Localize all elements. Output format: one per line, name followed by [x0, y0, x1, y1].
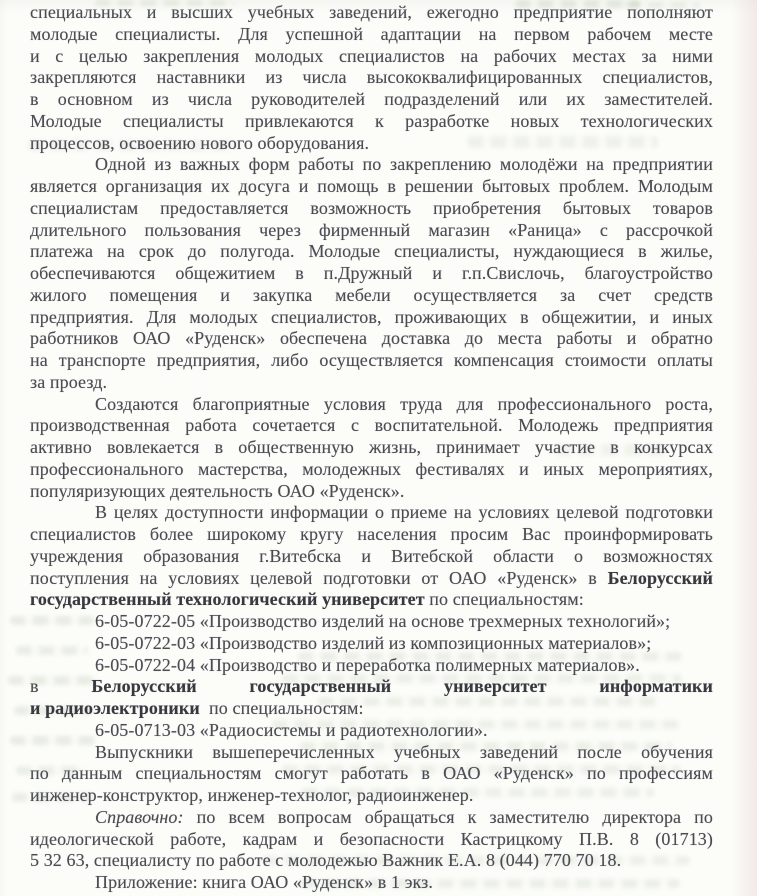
text-line: является организация их досуга и помощь … — [30, 176, 713, 198]
text-line: молодые специалисты. Для успешной адапта… — [30, 24, 713, 46]
text-line: платежа на срок до полугода. Молодые спе… — [30, 241, 713, 263]
text-line: активно вовлекается в общественную жизнь… — [30, 437, 713, 459]
text-line: жилого помещения и закупка мебели осущес… — [30, 285, 713, 307]
text-segment: обеспечиваются общежитием в п.Дружный и … — [30, 263, 713, 283]
document-body: специальных и высших учебных заведений, … — [30, 2, 713, 894]
text-line: специалистам предоставляется возможность… — [30, 198, 713, 220]
text-segment: идеологической работе, кадрам и безопасн… — [30, 829, 713, 849]
text-line: государственный технологический универси… — [30, 589, 713, 611]
text-line: на транспорте предприятия, либо осуществ… — [30, 350, 713, 372]
text-line: 6-05-0722-03 «Производство изделий из ко… — [30, 633, 713, 655]
text-line: Справочно: по всем вопросам обращаться к… — [30, 807, 713, 829]
text-segment: Выпускники вышеперечисленных учебных зав… — [95, 742, 713, 762]
text-segment: на транспорте предприятия, либо осуществ… — [30, 350, 713, 370]
text-line: в основном из числа руководителей подраз… — [30, 89, 713, 111]
text-segment: специальных и высших учебных заведений, … — [30, 2, 713, 22]
text-segment: Приложение: книга ОАО «Руденск» в 1 экз. — [95, 872, 433, 892]
text-line: поступления на условиях целевой подготов… — [30, 568, 713, 590]
text-segment: в — [30, 676, 91, 696]
text-line: 6-05-0722-05 «Производство изделий на ос… — [30, 611, 713, 633]
text-segment: по всем вопросам обращаться к заместител… — [184, 807, 713, 827]
text-segment: специалистам предоставляется возможность… — [30, 198, 713, 218]
text-segment: Молодые специалисты привлекаются к разра… — [30, 111, 713, 131]
text-line: В целях доступности информации о приеме … — [30, 502, 713, 524]
text-segment: платежа на срок до полугода. Молодые спе… — [30, 241, 713, 261]
text-line: 6-05-0722-04 «Производство и переработка… — [30, 655, 713, 677]
bold-text-segment: Белорусский — [608, 568, 713, 588]
text-segment: по специальностям: — [200, 698, 364, 718]
text-line: специальных и высших учебных заведений, … — [30, 2, 713, 24]
text-segment: 6-05-0722-03 «Производство изделий из ко… — [95, 633, 651, 653]
text-segment: по данным специальностям смогут работать… — [30, 763, 713, 783]
text-line: за проезд. — [30, 372, 713, 394]
text-segment: жилого помещения и закупка мебели осущес… — [30, 285, 713, 305]
text-line: в Белорусский государственный университе… — [30, 676, 713, 698]
text-segment: производственная работа сочетается с вос… — [30, 415, 713, 435]
text-line: инженер-конструктор, инженер-технолог, р… — [30, 785, 713, 807]
text-line: Создаются благоприятные условия труда дл… — [30, 394, 713, 416]
italic-text-segment: Справочно: — [95, 807, 184, 827]
text-segment: закрепляются наставники из числа высокок… — [30, 67, 713, 87]
text-line: 5 32 63, специалисту по работе с молодеж… — [30, 850, 713, 872]
text-segment: В целях доступности информации о приеме … — [95, 502, 713, 522]
text-segment: поступления на условиях целевой подготов… — [30, 568, 608, 588]
text-line: по данным специальностям смогут работать… — [30, 763, 713, 785]
bold-text-segment: и радиоэлектроники — [30, 698, 200, 718]
text-line: обеспечиваются общежитием в п.Дружный и … — [30, 263, 713, 285]
text-segment: активно вовлекается в общественную жизнь… — [30, 437, 713, 457]
text-line: учреждения образования г.Витебска и Вите… — [30, 546, 713, 568]
text-line: работников ОАО «Руденск» обеспечена дост… — [30, 328, 713, 350]
scanned-document-page: специальных и высших учебных заведений, … — [0, 0, 757, 896]
text-segment: молодые специалисты. Для успешной адапта… — [30, 24, 713, 44]
bold-text-segment: государственный технологический универси… — [30, 589, 425, 609]
text-segment: специалистов более широкому кругу населе… — [30, 524, 713, 544]
text-line: процессов, освоению нового оборудования. — [30, 133, 713, 155]
text-line: популяризующих деятельность ОАО «Руденск… — [30, 481, 713, 503]
text-segment: предприятия. Для молодых специалистов, п… — [30, 307, 713, 327]
text-segment: Создаются благоприятные условия труда дл… — [95, 394, 713, 414]
text-segment: в основном из числа руководителей подраз… — [30, 89, 713, 109]
text-line: Выпускники вышеперечисленных учебных зав… — [30, 742, 713, 764]
text-line: 6-05-0713-03 «Радиосистемы и радиотехнол… — [30, 720, 713, 742]
text-line: идеологической работе, кадрам и безопасн… — [30, 829, 713, 851]
text-segment: работников ОАО «Руденск» обеспечена дост… — [30, 328, 713, 348]
text-line: предприятия. Для молодых специалистов, п… — [30, 307, 713, 329]
text-segment: учреждения образования г.Витебска и Вите… — [30, 546, 713, 566]
text-segment: 5 32 63, специалисту по работе с молодеж… — [30, 850, 621, 870]
text-segment: является организация их досуга и помощь … — [30, 176, 713, 196]
text-segment: по специальностям: — [425, 589, 584, 609]
text-line: профессионального мастерства, молодежных… — [30, 459, 713, 481]
text-line: Приложение: книга ОАО «Руденск» в 1 экз. — [30, 872, 713, 894]
text-segment: процессов, освоению нового оборудования. — [30, 133, 369, 153]
text-segment: длительного пользования через фирменный … — [30, 220, 713, 240]
text-line: длительного пользования через фирменный … — [30, 220, 713, 242]
text-segment: профессионального мастерства, молодежных… — [30, 459, 713, 479]
text-segment: и с целью закрепления молодых специалист… — [30, 46, 713, 66]
text-line: Молодые специалисты привлекаются к разра… — [30, 111, 713, 133]
text-segment: популяризующих деятельность ОАО «Руденск… — [30, 481, 404, 501]
text-line: и радиоэлектроники по специальностям: — [30, 698, 713, 720]
text-line: специалистов более широкому кругу населе… — [30, 524, 713, 546]
text-segment: 6-05-0722-04 «Производство и переработка… — [95, 655, 640, 675]
text-segment: за проезд. — [30, 372, 107, 392]
text-segment: 6-05-0722-05 «Производство изделий на ос… — [95, 611, 670, 631]
text-segment: Одной из важных форм работы по закреплен… — [95, 154, 713, 174]
text-line: закрепляются наставники из числа высокок… — [30, 67, 713, 89]
bold-text-segment: Белорусский государственный университет … — [91, 676, 713, 696]
text-line: Одной из важных форм работы по закреплен… — [30, 154, 713, 176]
text-line: производственная работа сочетается с вос… — [30, 415, 713, 437]
text-segment: 6-05-0713-03 «Радиосистемы и радиотехнол… — [95, 720, 488, 740]
text-segment: инженер-конструктор, инженер-технолог, р… — [30, 785, 473, 805]
text-line: и с целью закрепления молодых специалист… — [30, 46, 713, 68]
